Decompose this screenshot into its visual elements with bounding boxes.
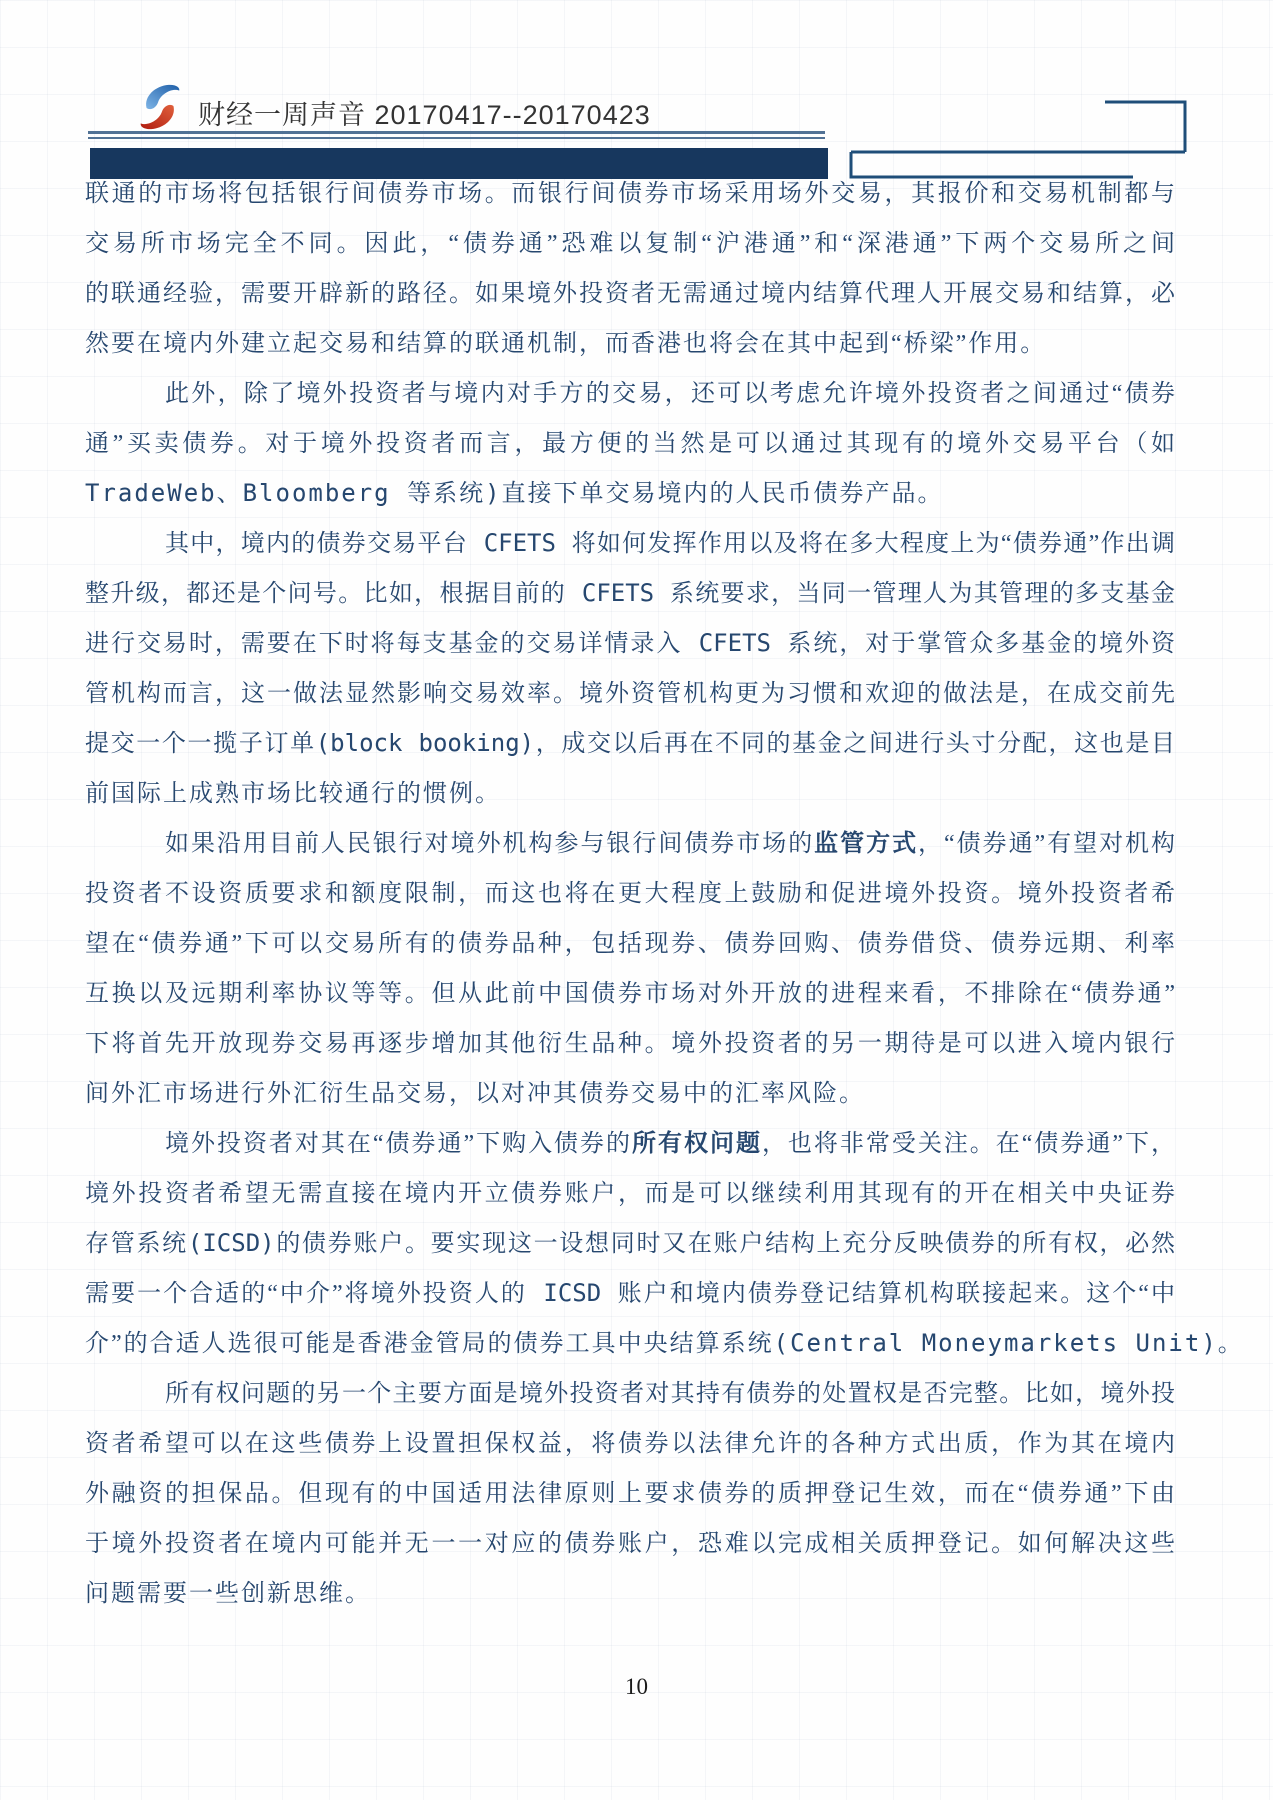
text-line: TradeWeb、Bloomberg 等系统)直接下单交易境内的人民币债券产品。 <box>85 468 1175 518</box>
text-segment: 通”买卖债券。对于境外投资者而言，最方便的当然是可以通过其现有的境外交易平台（如 <box>85 429 1175 457</box>
text-line: 境外投资者希望无需直接在境内开立债券账户，而是可以继续利用其现有的开在相关中央证… <box>85 1168 1175 1218</box>
text-segment: 资者希望可以在这些债券上设置担保权益，将债券以法律允许的各种方式出质，作为其在境… <box>85 1429 1175 1457</box>
bold-text-segment: 监管方式 <box>814 829 918 857</box>
text-segment: 互换以及远期利率协议等等。但从此前中国债券市场对外开放的进程来看，不排除在“债券… <box>85 979 1175 1007</box>
header-double-rule <box>88 131 825 139</box>
text-segment: TradeWeb、Bloomberg 等系统)直接下单交易境内的人民币债券产品。 <box>85 479 944 507</box>
text-segment: 提交一个一揽子订单(block booking)，成交以后再在不同的基金之间进行… <box>85 729 1175 757</box>
text-line: 境外投资者对其在“债券通”下购入债券的所有权问题，也将非常受关注。在“债券通”下… <box>85 1118 1175 1168</box>
text-line: 于境外投资者在境内可能并无一一对应的债券账户，恐难以完成相关质押登记。如何解决这… <box>85 1518 1175 1568</box>
text-line: 交易所市场完全不同。因此，“债券通”恐难以复制“沪港通”和“深港通”下两个交易所… <box>85 218 1175 268</box>
text-line: 资者希望可以在这些债券上设置担保权益，将债券以法律允许的各种方式出质，作为其在境… <box>85 1418 1175 1468</box>
text-line: 存管系统(ICSD)的债券账户。要实现这一设想同时又在账户结构上充分反映债券的所… <box>85 1218 1175 1268</box>
text-segment: 问题需要一些创新思维。 <box>85 1579 371 1607</box>
text-line: 下将首先开放现券交易再逐步增加其他衍生品种。境外投资者的另一期待是可以进入境内银… <box>85 1018 1175 1068</box>
text-line: 所有权问题的另一个主要方面是境外投资者对其持有债券的处置权是否完整。比如，境外投 <box>85 1368 1175 1418</box>
text-line: 联通的市场将包括银行间债券市场。而银行间债券市场采用场外交易，其报价和交易机制都… <box>85 168 1175 218</box>
text-segment: 然要在境内外建立起交易和结算的联通机制，而香港也将会在其中起到“桥梁”作用。 <box>85 329 1046 357</box>
text-line: 前国际上成熟市场比较通行的惯例。 <box>85 768 1175 818</box>
text-line: 提交一个一揽子订单(block booking)，成交以后再在不同的基金之间进行… <box>85 718 1175 768</box>
text-segment: 管机构而言，这一做法显然影响交易效率。境外资管机构更为习惯和欢迎的做法是，在成交… <box>85 679 1175 707</box>
company-s-logo-icon <box>136 82 184 132</box>
text-line: 间外汇市场进行外汇衍生品交易，以对冲其债券交易中的汇率风险。 <box>85 1068 1175 1118</box>
text-line: 望在“债券通”下可以交易所有的债券品种，包括现券、债券回购、债券借贷、债券远期、… <box>85 918 1175 968</box>
text-segment: 外融资的担保品。但现有的中国适用法律原则上要求债券的质押登记生效，而在“债券通”… <box>85 1479 1175 1507</box>
text-line: 其中，境内的债券交易平台 CFETS 将如何发挥作用以及将在多大程度上为“债券通… <box>85 518 1175 568</box>
text-line: 问题需要一些创新思维。 <box>85 1568 1175 1618</box>
text-segment: ，“债券通”有望对机构 <box>918 829 1175 857</box>
text-segment: 前国际上成熟市场比较通行的惯例。 <box>85 779 501 807</box>
text-line: 进行交易时，需要在下时将每支基金的交易详情录入 CFETS 系统，对于掌管众多基… <box>85 618 1175 668</box>
text-line: 然要在境内外建立起交易和结算的联通机制，而香港也将会在其中起到“桥梁”作用。 <box>85 318 1175 368</box>
text-segment: ，也将非常受关注。在“债券通”下， <box>762 1129 1175 1157</box>
text-segment: 整升级，都还是个问号。比如，根据目前的 CFETS 系统要求，当同一管理人为其管… <box>85 579 1175 607</box>
text-segment: 存管系统(ICSD)的债券账户。要实现这一设想同时又在账户结构上充分反映债券的所… <box>85 1229 1175 1257</box>
text-segment: 介”的合适人选很可能是香港金管局的债券工具中央结算系统(Central Mone… <box>85 1329 1244 1357</box>
text-line: 投资者不设资质要求和额度限制，而这也将在更大程度上鼓励和促进境外投资。境外投资者… <box>85 868 1175 918</box>
text-segment: 此外，除了境外投资者与境内对手方的交易，还可以考虑允许境外投资者之间通过“债券 <box>165 379 1175 407</box>
text-segment: 进行交易时，需要在下时将每支基金的交易详情录入 CFETS 系统，对于掌管众多基… <box>85 629 1175 657</box>
text-segment: 其中，境内的债券交易平台 CFETS 将如何发挥作用以及将在多大程度上为“债券通… <box>165 529 1175 557</box>
text-segment: 如果沿用目前人民银行对境外机构参与银行间债券市场的 <box>165 829 814 857</box>
bold-text-segment: 所有权问题 <box>632 1129 762 1157</box>
text-segment: 境外投资者希望无需直接在境内开立债券账户，而是可以继续利用其现有的开在相关中央证… <box>85 1179 1175 1207</box>
text-line: 介”的合适人选很可能是香港金管局的债券工具中央结算系统(Central Mone… <box>85 1318 1175 1368</box>
text-segment: 的联通经验，需要开辟新的路径。如果境外投资者无需通过境内结算代理人开展交易和结算… <box>85 279 1175 307</box>
document-page: 财经一周声音 20170417--20170423 联通的市场将包括银行间债券市… <box>0 0 1273 1800</box>
text-segment: 境外投资者对其在“债券通”下购入债券的 <box>165 1129 632 1157</box>
text-line: 通”买卖债券。对于境外投资者而言，最方便的当然是可以通过其现有的境外交易平台（如 <box>85 418 1175 468</box>
text-line: 需要一个合适的“中介”将境外投资人的 ICSD 账户和境内债券登记结算机构联接起… <box>85 1268 1175 1318</box>
text-segment: 需要一个合适的“中介”将境外投资人的 ICSD 账户和境内债券登记结算机构联接起… <box>85 1279 1175 1307</box>
report-title: 财经一周声音 20170417--20170423 <box>198 93 651 132</box>
text-line: 互换以及远期利率协议等等。但从此前中国债券市场对外开放的进程来看，不排除在“债券… <box>85 968 1175 1018</box>
text-segment: 望在“债券通”下可以交易所有的债券品种，包括现券、债券回购、债券借贷、债券远期、… <box>85 929 1175 957</box>
text-segment: 交易所市场完全不同。因此，“债券通”恐难以复制“沪港通”和“深港通”下两个交易所… <box>85 229 1175 257</box>
text-line: 此外，除了境外投资者与境内对手方的交易，还可以考虑允许境外投资者之间通过“债券 <box>85 368 1175 418</box>
text-line: 的联通经验，需要开辟新的路径。如果境外投资者无需通过境内结算代理人开展交易和结算… <box>85 268 1175 318</box>
text-line: 如果沿用目前人民银行对境外机构参与银行间债券市场的监管方式，“债券通”有望对机构 <box>85 818 1175 868</box>
text-segment: 所有权问题的另一个主要方面是境外投资者对其持有债券的处置权是否完整。比如，境外投 <box>165 1379 1175 1407</box>
text-segment: 于境外投资者在境内可能并无一一对应的债券账户，恐难以完成相关质押登记。如何解决这… <box>85 1529 1175 1557</box>
body-text: 联通的市场将包括银行间债券市场。而银行间债券市场采用场外交易，其报价和交易机制都… <box>85 168 1175 1618</box>
text-line: 管机构而言，这一做法显然影响交易效率。境外资管机构更为习惯和欢迎的做法是，在成交… <box>85 668 1175 718</box>
text-line: 整升级，都还是个问号。比如，根据目前的 CFETS 系统要求，当同一管理人为其管… <box>85 568 1175 618</box>
text-segment: 联通的市场将包括银行间债券市场。而银行间债券市场采用场外交易，其报价和交易机制都… <box>85 179 1175 207</box>
page-number: 10 <box>0 1674 1273 1700</box>
text-segment: 下将首先开放现券交易再逐步增加其他衍生品种。境外投资者的另一期待是可以进入境内银… <box>85 1029 1175 1057</box>
text-line: 外融资的担保品。但现有的中国适用法律原则上要求债券的质押登记生效，而在“债券通”… <box>85 1468 1175 1518</box>
text-segment: 间外汇市场进行外汇衍生品交易，以对冲其债券交易中的汇率风险。 <box>85 1079 865 1107</box>
text-segment: 投资者不设资质要求和额度限制，而这也将在更大程度上鼓励和促进境外投资。境外投资者… <box>85 879 1175 907</box>
